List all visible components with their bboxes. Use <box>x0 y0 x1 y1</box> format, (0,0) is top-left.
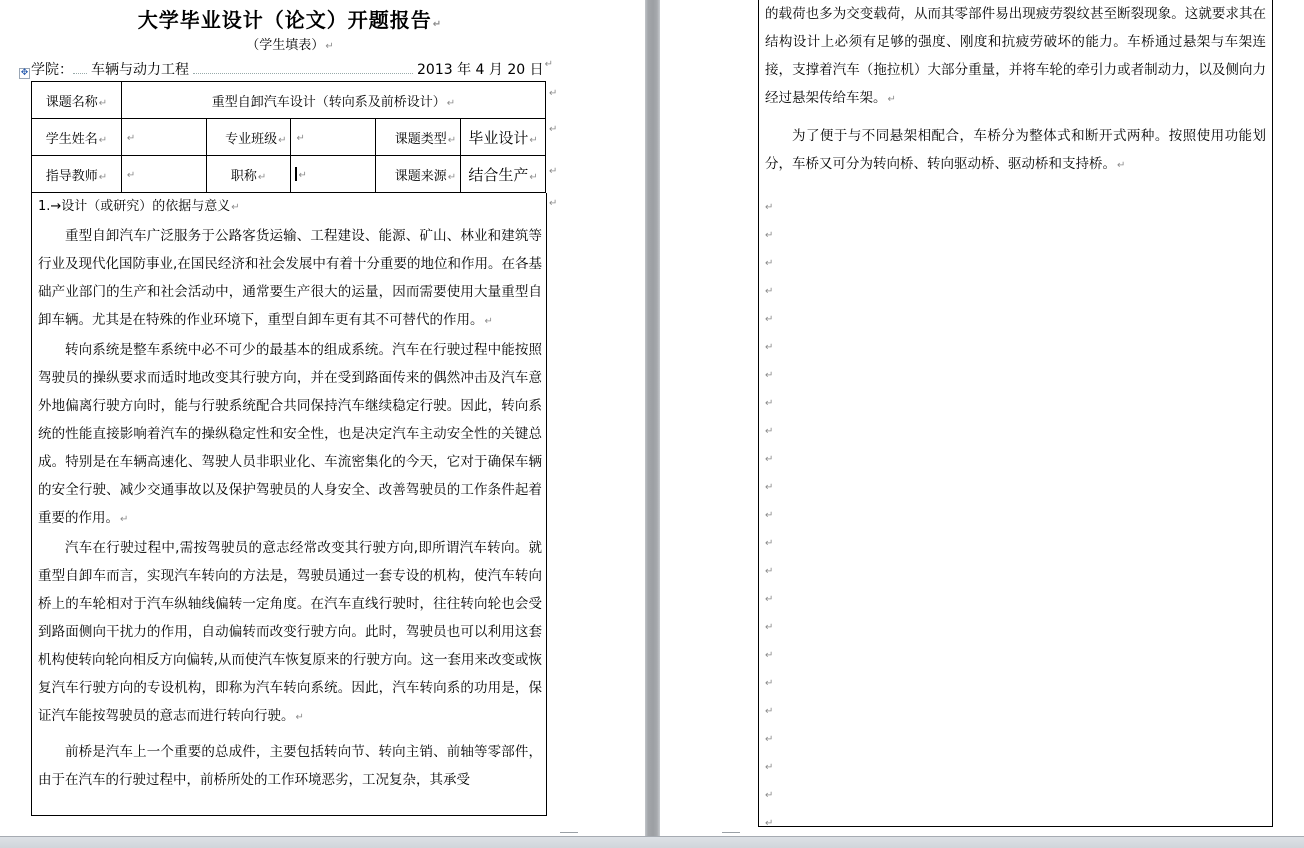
empty-paragraph-mark-icon[interactable]: ↵ <box>765 502 1266 530</box>
major-class-label: 专业班级↵ <box>206 119 291 156</box>
project-info-table: 课题名称↵ 重型自卸汽车设计（转向系及前桥设计）↵ 学生姓名↵ ↵ 专业班级↵ … <box>31 81 546 193</box>
empty-paragraph-mark-icon[interactable]: ↵ <box>765 558 1266 586</box>
paragraph-mark-icon: ↵ <box>325 41 333 52</box>
empty-paragraph-mark-icon[interactable]: ↵ <box>765 306 1266 334</box>
topic-type-label: 课题类型↵ <box>376 119 461 156</box>
topic-name-label: 课题名称↵ <box>32 82 122 119</box>
table-move-handle-icon[interactable]: ✥ <box>19 68 30 79</box>
row-end-mark-icon: ↵ <box>549 166 557 177</box>
topic-type-value[interactable]: 毕业设计↵ <box>461 119 546 156</box>
empty-paragraph-mark-icon[interactable]: ↵ <box>765 614 1266 642</box>
empty-paragraph-mark-icon[interactable]: ↵ <box>765 390 1266 418</box>
empty-paragraph-mark-icon[interactable]: ↵ <box>765 642 1266 670</box>
empty-paragraph-mark-icon[interactable]: ↵ <box>765 698 1266 726</box>
major-class-field[interactable]: ↵ <box>291 119 376 156</box>
empty-paragraph-mark-icon[interactable]: ↵ <box>765 446 1266 474</box>
row-end-mark-icon: ↵ <box>549 198 557 209</box>
report-date[interactable]: 2013 年 4 月 20 日 <box>417 59 544 79</box>
empty-paragraph-mark-icon[interactable]: ↵ <box>765 278 1266 306</box>
empty-paragraph-mark-icon[interactable]: ↵ <box>765 586 1266 614</box>
student-name-field[interactable]: ↵ <box>121 119 206 156</box>
section-content-cell[interactable]: 1.→设计（或研究）的依据与意义↵ 重型自卸汽车广泛服务于公路客货运输、工程建设… <box>31 193 547 816</box>
document-title: 大学毕业设计（论文）开题报告↵ <box>0 4 580 33</box>
empty-paragraph-mark-icon[interactable]: ↵ <box>765 810 1266 827</box>
dotted-leader <box>73 59 87 74</box>
section-heading: 1.→设计（或研究）的依据与意义↵ <box>38 193 542 222</box>
empty-paragraph-mark-icon[interactable]: ↵ <box>765 194 1266 222</box>
empty-paragraphs: ↵↵↵↵↵↵↵↵↵↵↵↵↵↵↵↵↵↵↵↵↵↵↵ <box>765 194 1266 827</box>
paragraph-mark-icon: ↵ <box>433 19 442 30</box>
empty-paragraph-mark-icon[interactable]: ↵ <box>765 726 1266 754</box>
title-rank-label: 职称↵ <box>206 156 291 193</box>
paragraph-mark-icon: ↵ <box>545 59 553 79</box>
empty-paragraph-mark-icon[interactable]: ↵ <box>765 474 1266 502</box>
empty-paragraph-mark-icon[interactable]: ↵ <box>765 754 1266 782</box>
body-paragraph[interactable]: 为了便于与不同悬架相配合，车桥分为整体式和断开式两种。按照使用功能划分，车桥又可… <box>765 122 1266 180</box>
section-content-cell-continued[interactable]: 的载荷也多为交变载荷，从而其零部件易出现疲劳裂纹甚至断裂现象。这就要求其在结构设… <box>758 0 1273 827</box>
topic-source-value[interactable]: 结合生产↵ <box>461 156 546 193</box>
topic-source-label: 课题来源↵ <box>376 156 461 193</box>
body-paragraph[interactable]: 重型自卸汽车广泛服务于公路客货运输、工程建设、能源、矿山、林业和建筑等行业及现代… <box>38 222 542 336</box>
document-subtitle: （学生填表）↵ <box>0 34 580 53</box>
body-paragraph[interactable]: 的载荷也多为交变载荷，从而其零部件易出现疲劳裂纹甚至断裂现象。这就要求其在结构设… <box>765 0 1266 114</box>
body-paragraph[interactable]: 汽车在行驶过程中,需按驾驶员的意志经常改变其行驶方向,即所谓汽车转向。就重型自卸… <box>38 534 542 732</box>
empty-paragraph-mark-icon[interactable]: ↵ <box>765 418 1266 446</box>
empty-paragraph-mark-icon[interactable]: ↵ <box>765 362 1266 390</box>
row-end-mark-icon: ↵ <box>549 88 557 99</box>
college-value[interactable]: 车辆与动力工程 <box>91 59 189 79</box>
empty-paragraph-mark-icon[interactable]: ↵ <box>765 250 1266 278</box>
empty-paragraph-mark-icon[interactable]: ↵ <box>765 222 1266 250</box>
student-name-label: 学生姓名↵ <box>32 119 122 156</box>
status-bar <box>0 836 1304 848</box>
college-date-line: 学院： 车辆与动力工程 2013 年 4 月 20 日 ↵ <box>31 59 553 79</box>
empty-paragraph-mark-icon[interactable]: ↵ <box>765 334 1266 362</box>
topic-name-value[interactable]: 重型自卸汽车设计（转向系及前桥设计）↵ <box>121 82 545 119</box>
empty-paragraph-mark-icon[interactable]: ↵ <box>765 782 1266 810</box>
empty-paragraph-mark-icon[interactable]: ↵ <box>765 530 1266 558</box>
advisor-field[interactable]: ↵ <box>121 156 206 193</box>
college-label: 学院： <box>31 59 73 79</box>
table-row: 学生姓名↵ ↵ 专业班级↵ ↵ 课题类型↵ 毕业设计↵ <box>32 119 546 156</box>
row-end-mark-icon: ↵ <box>549 124 557 135</box>
advisor-label: 指导教师↵ <box>32 156 122 193</box>
body-paragraph[interactable]: 前桥是汽车上一个重要的总成件，主要包括转向节、转向主销、前轴等零部件，由于在汽车… <box>38 738 542 794</box>
body-paragraph[interactable]: 转向系统是整车系统中必不可少的最基本的组成系统。汽车在行驶过程中能按照驾驶员的操… <box>38 336 542 534</box>
empty-paragraph-mark-icon[interactable]: ↵ <box>765 670 1266 698</box>
table-row: 指导教师↵ ↵ 职称↵ ↵ 课题来源↵ 结合生产↵ <box>32 156 546 193</box>
title-rank-field[interactable]: ↵ <box>291 156 376 193</box>
dotted-leader <box>193 59 413 74</box>
table-row: 课题名称↵ 重型自卸汽车设计（转向系及前桥设计）↵ <box>32 82 546 119</box>
page-separator <box>645 0 660 836</box>
